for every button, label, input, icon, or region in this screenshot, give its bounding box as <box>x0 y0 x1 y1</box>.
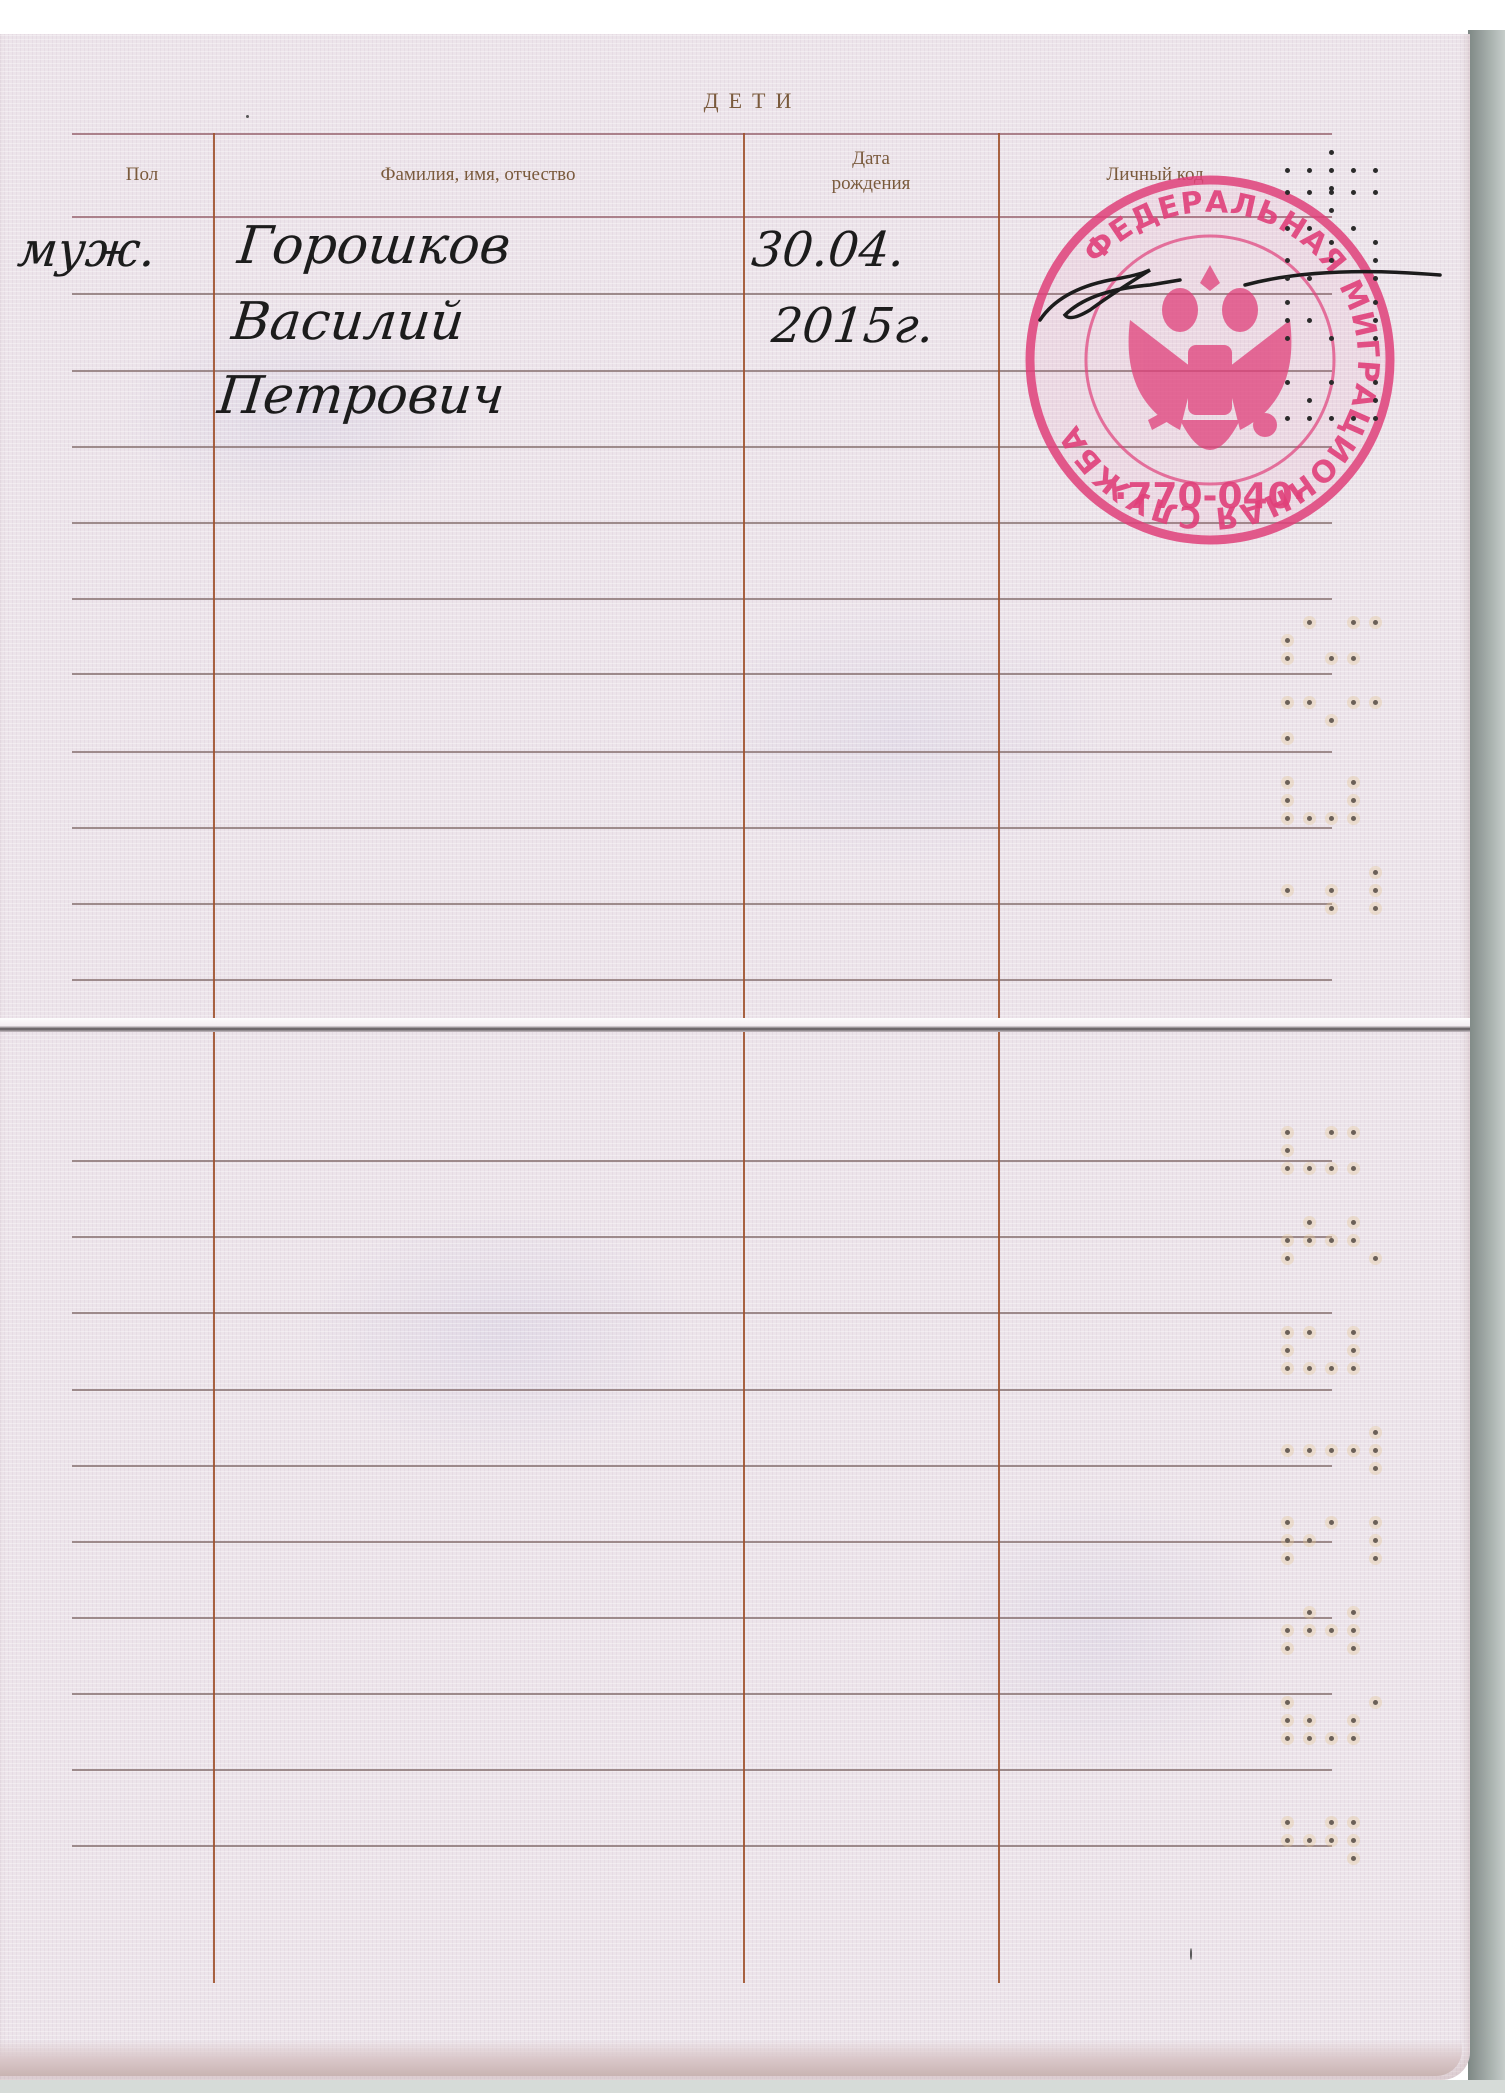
signature-icon <box>1020 250 1460 330</box>
page-edge <box>0 2040 1462 2076</box>
perforation-dot <box>1307 276 1312 281</box>
column-header-label: Фамилия, имя, отчество <box>380 164 575 185</box>
perforation-dot <box>1285 780 1290 785</box>
perforation-dot <box>1329 1736 1334 1741</box>
stamp-code: ·770-040· <box>1114 476 1307 517</box>
row-rule <box>72 827 1332 829</box>
scanner-background-bottom <box>0 2080 1505 2093</box>
entry-patronymic: Петрович <box>215 366 507 426</box>
perforation-dot <box>1351 1348 1356 1353</box>
entry-surname: Горошков <box>235 216 514 276</box>
row-rule <box>72 979 1332 981</box>
perforation-dot <box>1329 1628 1334 1633</box>
perforation-dot <box>1285 300 1290 305</box>
perforation-dot <box>1329 240 1334 245</box>
perforation-dot <box>1351 1448 1356 1453</box>
row-rule <box>72 751 1332 753</box>
perforation-dot <box>1329 258 1334 263</box>
perforation-dot <box>1329 1238 1334 1243</box>
perforation-dot <box>1307 1736 1312 1741</box>
column-rule <box>213 133 215 1018</box>
perforation-dot <box>1351 1646 1356 1651</box>
perforation-dot <box>1373 870 1378 875</box>
perforation-dot <box>1351 416 1356 421</box>
perforation-dot <box>1285 380 1290 385</box>
perforation-dot <box>1285 1366 1290 1371</box>
perforation-dot <box>1373 168 1378 173</box>
perforation-dot <box>1329 380 1334 385</box>
row-rule <box>72 598 1332 600</box>
perforation-dot <box>1285 700 1290 705</box>
perforation-dot <box>1373 1520 1378 1525</box>
perforation-dot <box>1329 906 1334 911</box>
column-header-full-name: Фамилия, имя, отчество <box>214 162 742 187</box>
row-rule <box>72 1389 1332 1391</box>
perforation-dot <box>1329 888 1334 893</box>
perforation-dot <box>1329 656 1334 661</box>
entry-birth-date-day-month: 30.04. <box>749 222 908 278</box>
perforation-dot <box>1307 1628 1312 1633</box>
perforation-dot <box>1285 258 1290 263</box>
perforation-dot <box>1285 1238 1290 1243</box>
perforation-dot <box>1285 190 1290 195</box>
section-title: ДЕТИ <box>0 88 1505 114</box>
perforation-dot <box>1307 1448 1312 1453</box>
paper-speck <box>1190 1948 1192 1960</box>
perforation-dot <box>1285 1538 1290 1543</box>
perforation-dot <box>1373 398 1378 403</box>
perforation-dot <box>1285 1820 1290 1825</box>
perforation-dot <box>1373 1556 1378 1561</box>
perforation-dot <box>1285 1646 1290 1651</box>
page-fold <box>0 1018 1470 1032</box>
column-header-label: Дата <box>744 146 998 171</box>
perforation-dot <box>1351 656 1356 661</box>
row-rule <box>72 1693 1332 1695</box>
perforation-dot <box>1373 300 1378 305</box>
perforation-dot <box>1329 190 1334 195</box>
perforation-dot <box>1307 190 1312 195</box>
perforation-dot <box>1351 1610 1356 1615</box>
stamp-icon: ФЕДЕРАЛЬНАЯ МИГРАЦИОННАЯ СЛУЖБА ·770-040… <box>1020 170 1400 550</box>
perforation-dot <box>1351 1856 1356 1861</box>
perforation-dot <box>1307 1166 1312 1171</box>
perforation-dot <box>1329 416 1334 421</box>
perforation-dot <box>1329 1130 1334 1135</box>
perforation-dot <box>1307 1538 1312 1543</box>
row-rule <box>72 1845 1332 1847</box>
row-rule <box>72 1465 1332 1467</box>
perforation-dot <box>1351 1166 1356 1171</box>
perforation-dot <box>1373 1466 1378 1471</box>
column-rule <box>998 1032 1000 1983</box>
entry-sex: муж. <box>15 222 158 278</box>
perforation-dot <box>1373 906 1378 911</box>
perforation-dot <box>1351 168 1356 173</box>
perforation-dot <box>1351 1130 1356 1135</box>
perforation-dot <box>1285 1166 1290 1171</box>
perforation-dot <box>1351 798 1356 803</box>
perforation-dot <box>1307 1718 1312 1723</box>
perforation-dot <box>1307 700 1312 705</box>
perforation-dot <box>1307 1238 1312 1243</box>
fms-stamp: ФЕДЕРАЛЬНАЯ МИГРАЦИОННАЯ СЛУЖБА ·770-040… <box>1020 170 1400 550</box>
perforation-dot <box>1307 226 1312 231</box>
perforation-dot <box>1351 1718 1356 1723</box>
perforation-dot <box>1285 798 1290 803</box>
perforation-dot <box>1373 1256 1378 1261</box>
paper-speck <box>246 115 249 118</box>
perforation-dot <box>1307 1220 1312 1225</box>
header-top-rule <box>72 133 1332 135</box>
perforation-dot <box>1373 620 1378 625</box>
perforation-dot <box>1285 1838 1290 1843</box>
column-rule <box>213 1032 215 1983</box>
row-rule <box>72 1769 1332 1771</box>
column-rule <box>998 133 1000 1018</box>
perforation-dot <box>1373 888 1378 893</box>
column-header-birth-date: Дата рождения <box>744 146 998 196</box>
perforation-dot <box>1351 226 1356 231</box>
perforation-dot <box>1329 1448 1334 1453</box>
perforation-dot <box>1285 1700 1290 1705</box>
perforation-dot <box>1329 1820 1334 1825</box>
perforation-dot <box>1351 1736 1356 1741</box>
perforation-dot <box>1285 1330 1290 1335</box>
perforation-dot <box>1285 318 1290 323</box>
entry-first-name: Василий <box>229 292 467 352</box>
perforation-dot <box>1329 816 1334 821</box>
perforation-dot <box>1285 656 1290 661</box>
perforation-dot <box>1373 380 1378 385</box>
column-header-sex: Пол <box>72 162 212 187</box>
perforation-dot <box>1329 718 1334 723</box>
perforation-dot <box>1373 318 1378 323</box>
perforation-dot <box>1373 1448 1378 1453</box>
perforation-dot <box>1351 1820 1356 1825</box>
perforation-dot <box>1373 700 1378 705</box>
perforation-dot <box>1307 398 1312 403</box>
perforation-dot <box>1285 168 1290 173</box>
perforation-dot <box>1307 416 1312 421</box>
perforation-dot <box>1307 1330 1312 1335</box>
perforation-dot <box>1351 1366 1356 1371</box>
perforation-dot <box>1285 1718 1290 1723</box>
perforation-dot <box>1373 1538 1378 1543</box>
perforation-dot <box>1307 816 1312 821</box>
row-rule <box>72 673 1332 675</box>
perforation-dot <box>1285 1448 1290 1453</box>
perforation-dot <box>1285 226 1290 231</box>
perforation-dot <box>1373 1700 1378 1705</box>
perforation-dot <box>1351 190 1356 195</box>
perforation-dot <box>1307 1366 1312 1371</box>
column-rule <box>743 133 745 1018</box>
perforation-dot <box>1285 1520 1290 1525</box>
perforation-dot <box>1329 1166 1334 1171</box>
row-rule <box>72 1160 1332 1162</box>
row-rule <box>72 1312 1332 1314</box>
perforation-dot <box>1329 1520 1334 1525</box>
perforation-dot <box>1285 336 1290 341</box>
perforation-dot <box>1351 1838 1356 1843</box>
column-header-label: Пол <box>126 164 158 185</box>
perforation-dot <box>1351 1238 1356 1243</box>
perforation-dot <box>1329 208 1334 213</box>
perforation-dot <box>1285 1148 1290 1153</box>
perforation-dot <box>1351 700 1356 705</box>
column-rule <box>743 1032 745 1983</box>
perforation-dot <box>1285 276 1290 281</box>
perforation-dot <box>1307 168 1312 173</box>
perforation-dot <box>1285 1348 1290 1353</box>
perforation-dot <box>1373 190 1378 195</box>
perforation-dot <box>1373 416 1378 421</box>
perforation-dot <box>1373 1430 1378 1435</box>
perforation-dot <box>1285 1556 1290 1561</box>
perforation-dot <box>1351 1220 1356 1225</box>
perforation-dot <box>1307 1610 1312 1615</box>
perforation-dot <box>1285 416 1290 421</box>
perforation-dot <box>1351 780 1356 785</box>
perforation-dot <box>1329 1838 1334 1843</box>
perforation-dot <box>1351 1330 1356 1335</box>
row-rule <box>72 903 1332 905</box>
perforation-dot <box>1329 168 1334 173</box>
perforation-dot <box>1351 1628 1356 1633</box>
perforation-dot <box>1285 736 1290 741</box>
column-header-label: рождения <box>744 171 998 196</box>
perforation-dot <box>1329 336 1334 341</box>
perforation-dot <box>1285 888 1290 893</box>
perforation-dot <box>1307 620 1312 625</box>
perforation-dot <box>1285 1130 1290 1135</box>
perforation-dot <box>1373 276 1378 281</box>
perforation-dot <box>1373 258 1378 263</box>
perforation-dot <box>1373 240 1378 245</box>
perforation-dot <box>1285 816 1290 821</box>
perforation-dot <box>1373 336 1378 341</box>
row-rule <box>72 1617 1332 1619</box>
perforation-dot <box>1307 318 1312 323</box>
perforation-dot <box>1285 1628 1290 1633</box>
perforation-dot <box>1329 1366 1334 1371</box>
perforation-dot <box>1351 816 1356 821</box>
perforation-dot <box>1307 1838 1312 1843</box>
row-rule <box>72 1236 1332 1238</box>
perforation-dot <box>1285 1736 1290 1741</box>
perforation-dot <box>1285 638 1290 643</box>
row-rule <box>72 1541 1332 1543</box>
perforation-dot <box>1351 620 1356 625</box>
scanner-background <box>1468 30 1505 2093</box>
entry-birth-date-year: 2015г. <box>769 298 937 354</box>
perforation-dot <box>1329 150 1334 155</box>
perforation-dot <box>1285 1256 1290 1261</box>
